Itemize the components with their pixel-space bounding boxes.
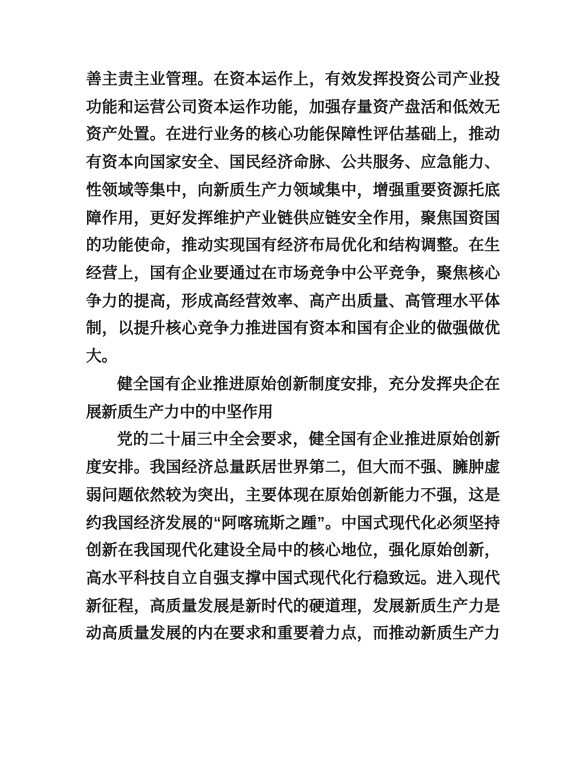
text-block: 善主责主业管理。在资本运作上，有效发挥投资公司产业投资 功能和运营公司资本运作功… (86, 66, 500, 648)
paragraph-line: 新征程，高质量发展是新时代的硬道理，发展新质生产力是推 (86, 593, 500, 621)
section-heading: 健全国有企业推进原始创新制度安排，充分发挥央企在发 展新质生产力中的中坚作用 (86, 371, 500, 426)
paragraph-line: 弱问题依然较为突出，主要体现在原始创新能力不强，这是制 (86, 482, 500, 510)
paragraph-line: 有资本向国家安全、国民经济命脉、公共服务、应急能力、公益 (86, 149, 500, 177)
paragraph-line: 争力的提高，形成高经营效率、高产出质量、高管理水平体制机 (86, 288, 500, 316)
document-page: 善主责主业管理。在资本运作上，有效发挥投资公司产业投资 功能和运营公司资本运作功… (0, 0, 586, 759)
paragraph-line: 大。 (86, 343, 500, 371)
paragraph-line: 障作用，更好发挥维护产业链供应链安全作用，聚焦国资国企 (86, 205, 500, 233)
paragraph-line: 度安排。我国经济总量跃居世界第二，但大而不强、臃肿虚胖体 (86, 454, 500, 482)
paragraph-1: 善主责主业管理。在资本运作上，有效发挥投资公司产业投资 功能和运营公司资本运作功… (86, 66, 500, 371)
paragraph-line: 创新在我国现代化建设全局中的核心地位，强化原始创新，以 (86, 537, 500, 565)
paragraph-line: 约我国经济发展的“阿喀琉斯之踵”。中国式现代化必须坚持 (86, 510, 500, 538)
paragraph-line: 善主责主业管理。在资本运作上，有效发挥投资公司产业投资 (86, 66, 500, 94)
section-heading-line: 健全国有企业推进原始创新制度安排，充分发挥央企在发 (86, 371, 500, 399)
paragraph-line: 功能和运营公司资本运作功能，加强存量资产盘活和低效无效 (86, 94, 500, 122)
paragraph-line: 制，以提升核心竞争力推进国有资本和国有企业的做强做优做 (86, 315, 500, 343)
paragraph-line: 的功能使命，推动实现国有经济布局优化和结构调整。在生产 (86, 232, 500, 260)
paragraph-line: 动高质量发展的内在要求和重要着力点，而推动新质生产力加 (86, 620, 500, 648)
paragraph-line: 性领域等集中，向新质生产力领域集中，增强重要资源托底保 (86, 177, 500, 205)
paragraph-line: 党的二十届三中全会要求，健全国有企业推进原始创新制 (86, 426, 500, 454)
paragraph-line: 经营上，国有企业要通过在市场竞争中公平竞争，聚焦核心竞 (86, 260, 500, 288)
paragraph-line: 高水平科技自立自强支撑中国式现代化行稳致远。进入现代化 (86, 565, 500, 593)
paragraph-2: 党的二十届三中全会要求，健全国有企业推进原始创新制 度安排。我国经济总量跃居世界… (86, 426, 500, 648)
section-heading-line: 展新质生产力中的中坚作用 (86, 399, 500, 427)
paragraph-line: 资产处置。在进行业务的核心功能保障性评估基础上，推动国 (86, 121, 500, 149)
